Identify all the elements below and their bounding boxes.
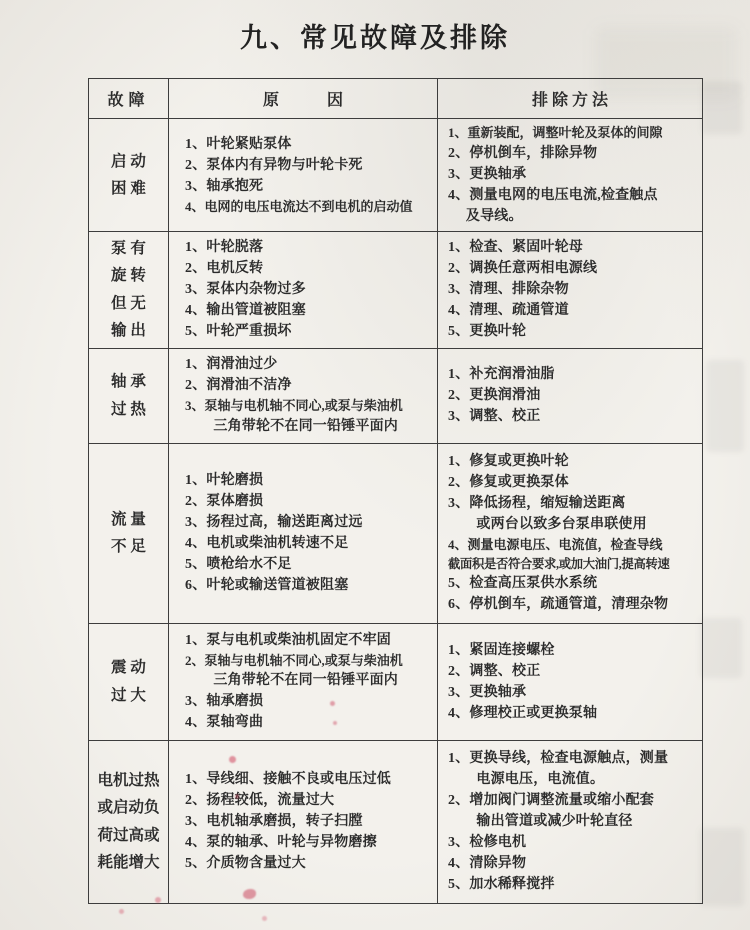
remedies-cell: 1、更换导线，检查电源触点，测量 电源电压，电流值。2、增加阀门调整流量或缩小配… (438, 740, 703, 903)
text-line: 3、泵体内杂物过多 (185, 279, 433, 300)
text-line: 4、测量电源电压、电流值，检查导线 (448, 535, 698, 555)
ink-stain (262, 916, 267, 921)
fault-cell: 泵 有 旋 转 但 无 输 出 (89, 231, 169, 348)
text-line: 3、调整、校正 (448, 406, 698, 427)
text-line: 2、泵体磨损 (185, 491, 433, 512)
remedies-cell: 1、检查、紧固叶轮母2、调换任意两相电源线3、清理、排除杂物4、清理、疏通管道5… (438, 231, 703, 348)
text-line: 3、检修电机 (448, 832, 698, 853)
text-line: 5、加水稀释搅拌 (448, 874, 698, 895)
table-row: 泵 有 旋 转 但 无 输 出1、叶轮脱落2、电机反转3、泵体内杂物过多4、输出… (89, 231, 703, 348)
text-line: 3、清理、排除杂物 (448, 279, 698, 300)
text-line: 3、降低扬程，缩短输送距离 (448, 493, 698, 514)
column-header-cause: 原 因 (169, 79, 438, 119)
text-line: 1、叶轮脱落 (185, 237, 433, 258)
page-title: 九、常见故障及排除 (0, 0, 750, 55)
text-line: 1、紧固连接螺栓 (448, 640, 698, 661)
text-line: 3、更换轴承 (448, 682, 698, 703)
fault-cell: 启 动 困 难 (89, 119, 169, 232)
text-line: 截面积是否符合要求,或加大油门,提高转速 (448, 555, 698, 573)
text-line: 3、轴承抱死 (185, 176, 433, 197)
fault-cell: 轴 承 过 热 (89, 348, 169, 443)
causes-cell: 1、叶轮脱落2、电机反转3、泵体内杂物过多4、输出管道被阻塞5、叶轮严重损坏 (169, 231, 438, 348)
text-line: 4、测量电网的电压电流,检查触点 (448, 185, 698, 206)
table-row: 轴 承 过 热1、润滑油过少2、润滑油不洁净3、泵轴与电机轴不同心,或泵与柴油机… (89, 348, 703, 443)
text-line: 1、修复或更换叶轮 (448, 451, 698, 472)
text-line: 1、更换导线，检查电源触点，测量 (448, 748, 698, 769)
table-row: 启 动 困 难1、叶轮紧贴泵体2、泵体内有异物与叶轮卡死3、轴承抱死4、电网的电… (89, 119, 703, 232)
text-line: 1、叶轮磨损 (185, 470, 433, 491)
text-line: 2、更换润滑油 (448, 385, 698, 406)
text-line: 3、泵轴与电机轴不同心,或泵与柴油机 (185, 396, 433, 416)
causes-cell: 1、导线细、接触不良或电压过低2、扬程较低，流量过大3、电机轴承磨损，转子扫膛4… (169, 740, 438, 903)
text-line: 5、更换叶轮 (448, 321, 698, 342)
text-line: 4、修理校正或更换泵轴 (448, 703, 698, 724)
text-line: 电源电压，电流值。 (448, 769, 698, 790)
ink-stain (119, 909, 124, 914)
text-line: 4、电机或柴油机转速不足 (185, 533, 433, 554)
text-line: 1、导线细、接触不良或电压过低 (185, 769, 433, 790)
text-line: 5、喷枪给水不足 (185, 554, 433, 575)
text-line: 输出管道或减少叶轮直径 (448, 811, 698, 832)
text-line: 2、修复或更换泵体 (448, 472, 698, 493)
table-header-row: 故障 原 因 排 除 方 法 (89, 79, 703, 119)
text-line: 4、电网的电压电流达不到电机的启动值 (185, 197, 433, 217)
text-line: 三角带轮不在同一铅锤平面内 (185, 416, 433, 437)
bleed-through-artifact (700, 618, 742, 678)
text-line: 1、润滑油过少 (185, 354, 433, 375)
fault-cell: 电机过热 或启动负 荷过高或 耗能增大 (89, 740, 169, 903)
text-line: 三角带轮不在同一铅锤平面内 (185, 670, 433, 691)
text-line: 1、泵与电机或柴油机固定不牢固 (185, 630, 433, 651)
text-line: 5、检查高压泵供水系统 (448, 573, 698, 594)
text-line: 4、清除异物 (448, 853, 698, 874)
text-line: 1、叶轮紧贴泵体 (185, 134, 433, 155)
text-line: 2、泵轴与电机轴不同心,或泵与柴油机 (185, 651, 433, 671)
fault-table-body: 启 动 困 难1、叶轮紧贴泵体2、泵体内有异物与叶轮卡死3、轴承抱死4、电网的电… (89, 119, 703, 904)
text-line: 1、补充润滑油脂 (448, 364, 698, 385)
remedies-cell: 1、修复或更换叶轮2、修复或更换泵体3、降低扬程，缩短输送距离 或两台以致多台泵… (438, 443, 703, 623)
fault-troubleshooting-table: 故障 原 因 排 除 方 法 启 动 困 难1、叶轮紧贴泵体2、泵体内有异物与叶… (88, 78, 703, 904)
text-line: 4、泵的轴承、叶轮与异物磨擦 (185, 832, 433, 853)
text-line: 6、叶轮或输送管道被阻塞 (185, 575, 433, 596)
text-line: 3、扬程过高，输送距离过远 (185, 512, 433, 533)
causes-cell: 1、润滑油过少2、润滑油不洁净3、泵轴与电机轴不同心,或泵与柴油机 三角带轮不在… (169, 348, 438, 443)
causes-cell: 1、叶轮磨损2、泵体磨损3、扬程过高，输送距离过远4、电机或柴油机转速不足5、喷… (169, 443, 438, 623)
text-line: 2、停机倒车，排除异物 (448, 143, 698, 164)
remedies-cell: 1、重新装配，调整叶轮及泵体的间隙2、停机倒车，排除异物3、更换轴承4、测量电网… (438, 119, 703, 232)
remedies-cell: 1、补充润滑油脂2、更换润滑油3、调整、校正 (438, 348, 703, 443)
text-line: 2、泵体内有异物与叶轮卡死 (185, 155, 433, 176)
text-line: 2、调整、校正 (448, 661, 698, 682)
text-line: 3、更换轴承 (448, 164, 698, 185)
scanned-document-page: 九、常见故障及排除 故障 原 因 排 除 方 法 启 动 困 难1、叶轮紧贴泵体… (0, 0, 750, 930)
text-line: 1、重新装配，调整叶轮及泵体的间隙 (448, 123, 698, 143)
causes-cell: 1、泵与电机或柴油机固定不牢固2、泵轴与电机轴不同心,或泵与柴油机 三角带轮不在… (169, 623, 438, 740)
text-line: 3、电机轴承磨损，转子扫膛 (185, 811, 433, 832)
text-line: 5、叶轮严重损坏 (185, 321, 433, 342)
bleed-through-artifact (700, 828, 744, 906)
text-line: 2、扬程较低，流量过大 (185, 790, 433, 811)
text-line: 2、润滑油不洁净 (185, 375, 433, 396)
text-line: 及导线。 (448, 206, 698, 227)
fault-cell: 震 动 过 大 (89, 623, 169, 740)
fault-cell: 流 量 不 足 (89, 443, 169, 623)
column-header-fault: 故障 (89, 79, 169, 119)
text-line: 2、增加阀门调整流量或缩小配套 (448, 790, 698, 811)
text-line: 5、介质物含量过大 (185, 853, 433, 874)
table-row: 流 量 不 足1、叶轮磨损2、泵体磨损3、扬程过高，输送距离过远4、电机或柴油机… (89, 443, 703, 623)
causes-cell: 1、叶轮紧贴泵体2、泵体内有异物与叶轮卡死3、轴承抱死4、电网的电压电流达不到电… (169, 119, 438, 232)
text-line: 2、调换任意两相电源线 (448, 258, 698, 279)
table-row: 震 动 过 大1、泵与电机或柴油机固定不牢固2、泵轴与电机轴不同心,或泵与柴油机… (89, 623, 703, 740)
text-line: 1、检查、紧固叶轮母 (448, 237, 698, 258)
text-line: 4、泵轴弯曲 (185, 712, 433, 733)
text-line: 2、电机反转 (185, 258, 433, 279)
column-header-remedy: 排 除 方 法 (438, 79, 703, 119)
text-line: 4、输出管道被阻塞 (185, 300, 433, 321)
text-line: 6、停机倒车，疏通管道，清理杂物 (448, 594, 698, 615)
bleed-through-artifact (706, 360, 744, 452)
text-line: 4、清理、疏通管道 (448, 300, 698, 321)
remedies-cell: 1、紧固连接螺栓2、调整、校正3、更换轴承4、修理校正或更换泵轴 (438, 623, 703, 740)
bleed-through-artifact (702, 82, 742, 134)
text-line: 或两台以致多台泵串联使用 (448, 514, 698, 535)
text-line: 3、轴承磨损 (185, 691, 433, 712)
table-row: 电机过热 或启动负 荷过高或 耗能增大1、导线细、接触不良或电压过低2、扬程较低… (89, 740, 703, 903)
